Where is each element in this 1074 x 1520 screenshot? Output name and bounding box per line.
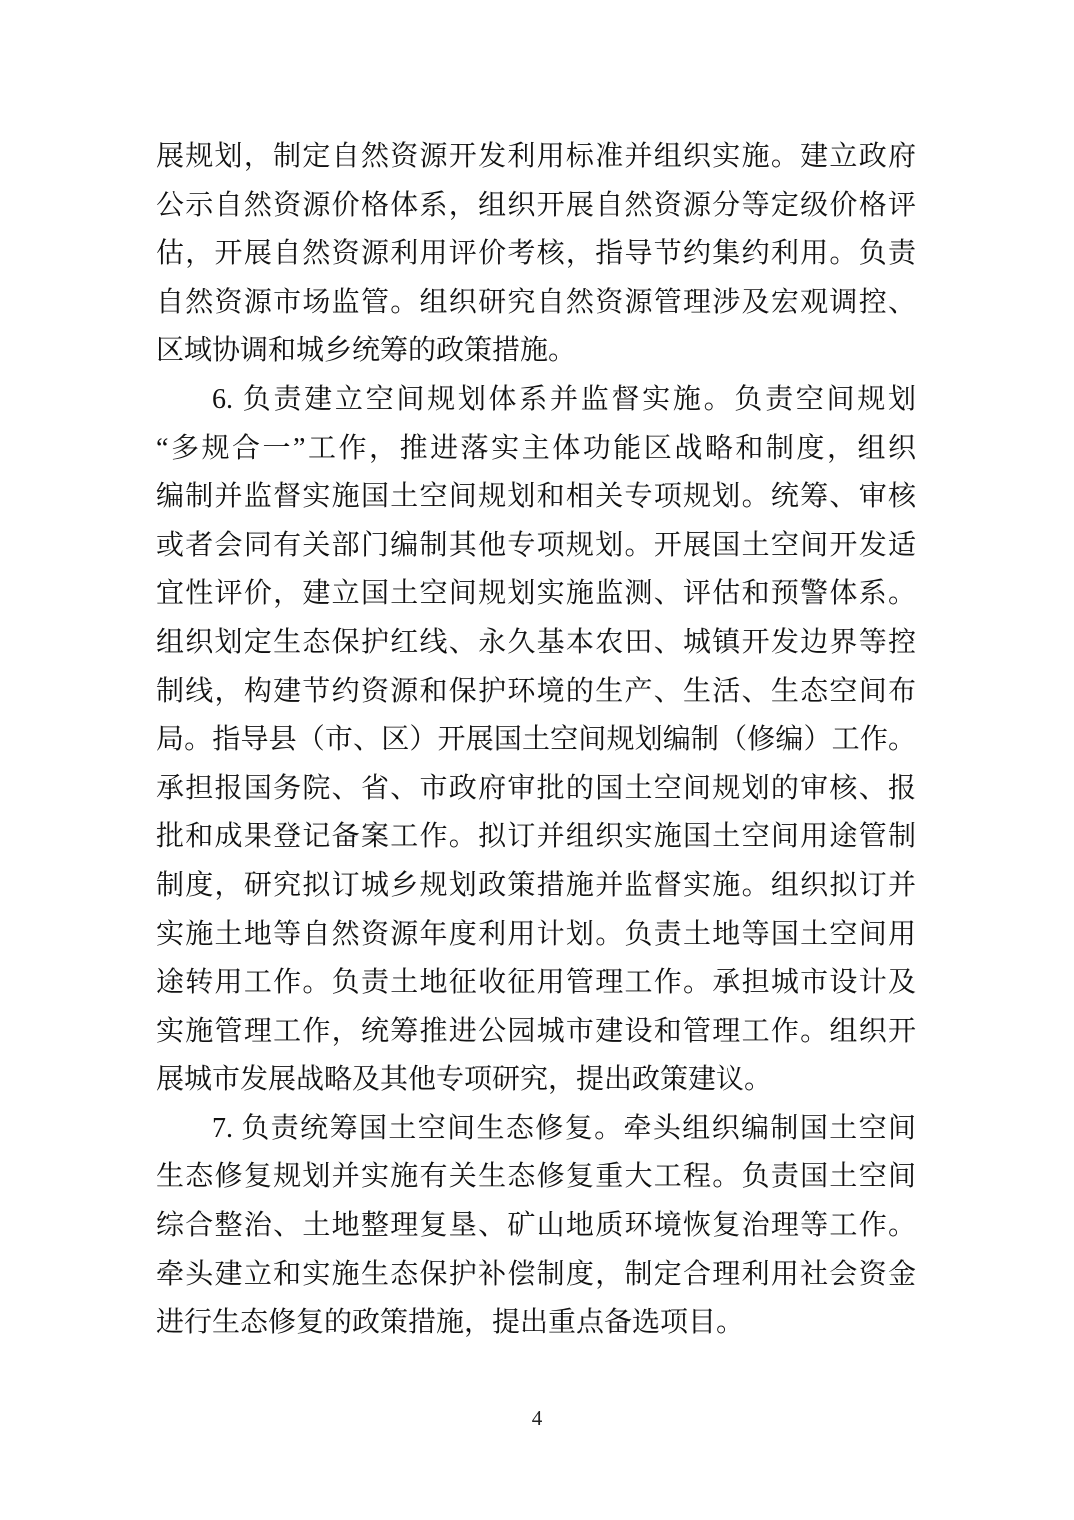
text-line: 6. 负责建立空间规划体系并监督实施。负责空间规划 bbox=[156, 376, 916, 425]
text-line: 自然资源市场监管。组织研究自然资源管理涉及宏观调控、 bbox=[156, 279, 916, 328]
text-line: 进行生态修复的政策措施，提出重点备选项目。 bbox=[156, 1299, 916, 1348]
page-number: 4 bbox=[0, 1406, 1074, 1430]
text-line: 或者会同有关部门编制其他专项规划。开展国土空间开发适 bbox=[156, 522, 916, 571]
text-line: 宜性评价，建立国土空间规划实施监测、评估和预警体系。 bbox=[156, 570, 916, 619]
text-line: 展规划，制定自然资源开发利用标准并组织实施。建立政府 bbox=[156, 133, 916, 182]
text-line: 实施管理工作，统筹推进公园城市建设和管理工作。组织开 bbox=[156, 1008, 916, 1057]
text-line: 估，开展自然资源利用评价考核，指导节约集约利用。负责 bbox=[156, 230, 916, 279]
text-line: 组织划定生态保护红线、永久基本农田、城镇开发边界等控 bbox=[156, 619, 916, 668]
text-line: 公示自然资源价格体系，组织开展自然资源分等定级价格评 bbox=[156, 182, 916, 231]
text-line: 综合整治、土地整理复垦、矿山地质环境恢复治理等工作。 bbox=[156, 1202, 916, 1251]
text-line: 途转用工作。负责土地征收征用管理工作。承担城市设计及 bbox=[156, 959, 916, 1008]
document-page: 展规划，制定自然资源开发利用标准并组织实施。建立政府公示自然资源价格体系，组织开… bbox=[0, 0, 1074, 1520]
text-line: 制线，构建节约资源和保护环境的生产、生活、生态空间布 bbox=[156, 668, 916, 717]
text-line: 生态修复规划并实施有关生态修复重大工程。负责国土空间 bbox=[156, 1153, 916, 1202]
text-line: 区域协调和城乡统筹的政策措施。 bbox=[156, 327, 916, 376]
text-line: 编制并监督实施国土空间规划和相关专项规划。统筹、审核 bbox=[156, 473, 916, 522]
document-body: 展规划，制定自然资源开发利用标准并组织实施。建立政府公示自然资源价格体系，组织开… bbox=[156, 133, 916, 1348]
text-line: 制度，研究拟订城乡规划政策措施并监督实施。组织拟订并 bbox=[156, 862, 916, 911]
text-line: 承担报国务院、省、市政府审批的国土空间规划的审核、报 bbox=[156, 765, 916, 814]
text-line: 7. 负责统筹国土空间生态修复。牵头组织编制国土空间 bbox=[156, 1105, 916, 1154]
text-line: 牵头建立和实施生态保护补偿制度，制定合理利用社会资金 bbox=[156, 1251, 916, 1300]
text-line: 展城市发展战略及其他专项研究，提出政策建议。 bbox=[156, 1056, 916, 1105]
text-line: 实施土地等自然资源年度利用计划。负责土地等国土空间用 bbox=[156, 911, 916, 960]
text-line: “多规合一”工作，推进落实主体功能区战略和制度，组织 bbox=[156, 425, 916, 474]
text-line: 局。指导县（市、区）开展国土空间规划编制（修编）工作。 bbox=[156, 716, 916, 765]
text-line: 批和成果登记备案工作。拟订并组织实施国土空间用途管制 bbox=[156, 813, 916, 862]
